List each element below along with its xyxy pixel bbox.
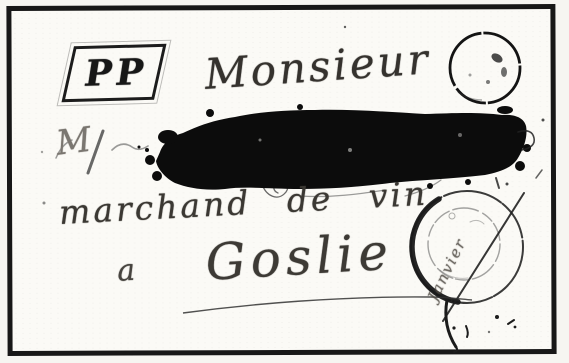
handwriting-place-preposition: a — [116, 253, 136, 289]
handwriting-addressee-prefix: M — [54, 120, 93, 164]
pp-stamp-label: PP — [78, 54, 150, 92]
envelope-scan: PP Monsieur M marchand de vin a Goslie J… — [0, 0, 569, 363]
handwriting-place-name: Goslie — [204, 223, 394, 292]
pp-franchise-stamp: PP — [61, 44, 166, 102]
